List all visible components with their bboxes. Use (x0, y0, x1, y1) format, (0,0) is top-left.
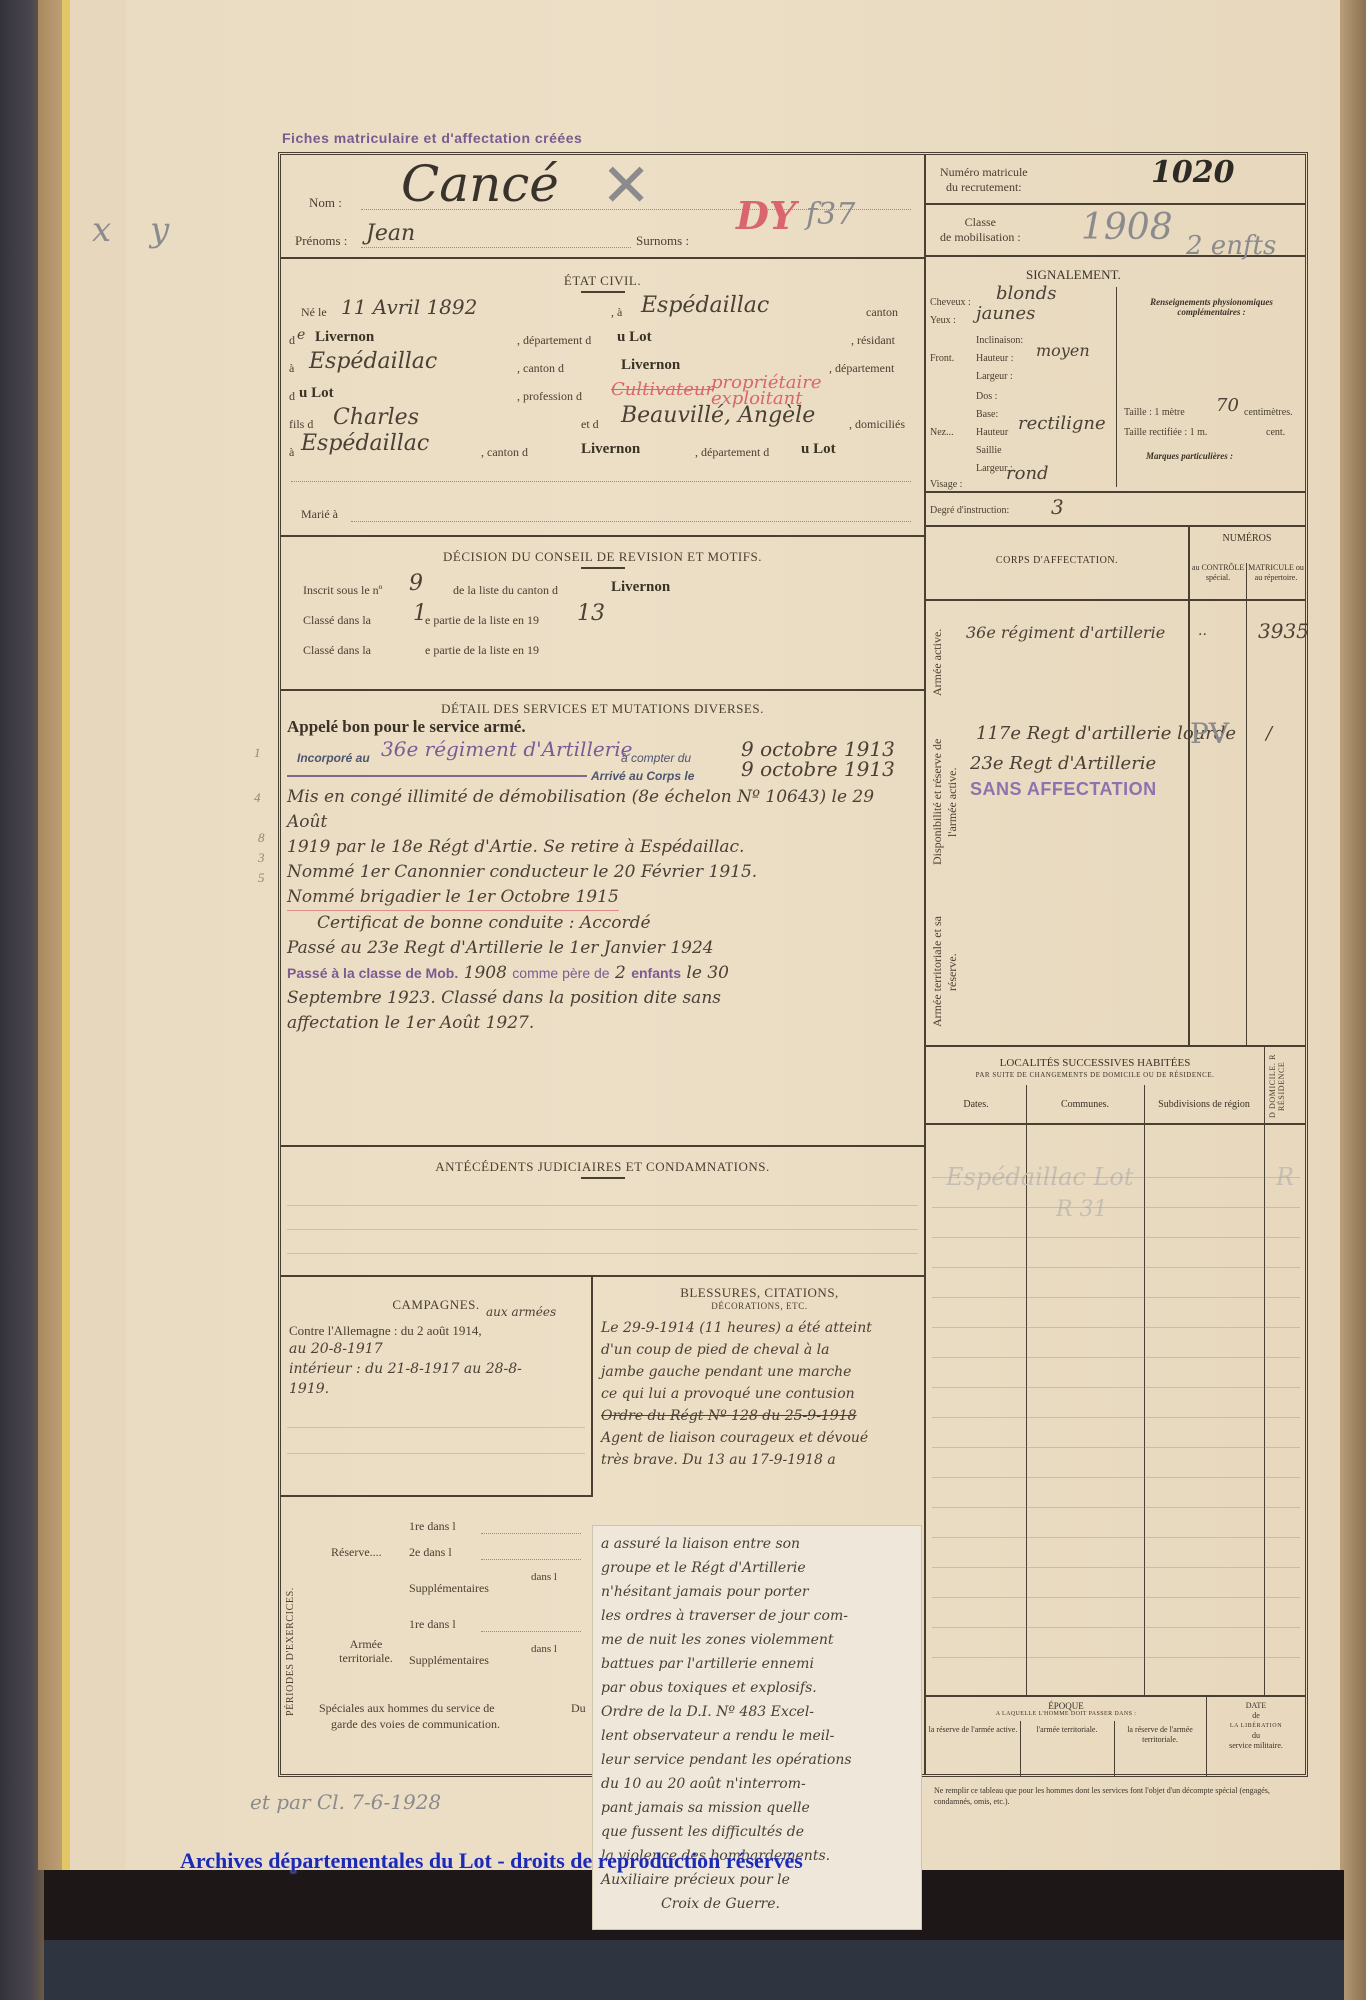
decision-section: DÉCISION DU CONSEIL DE REVISION ET MOTIF… (281, 537, 924, 691)
margin-number: 4 (254, 790, 261, 806)
liste-canton-label: de la liste du canton d (453, 583, 558, 598)
classe-label-2: de mobilisation : (940, 230, 1021, 245)
corps-affectation-section: CORPS D'AFFECTATION. NUMÉROS au CONTRÔLE… (926, 527, 1306, 1047)
birth-date: 11 Avril 1892 (341, 295, 477, 319)
sans-affectation-stamp: SANS AFFECTATION (970, 779, 1157, 800)
front-inclinaison-label: Inclinaison: (976, 335, 1023, 346)
territoriale-label: Armée territoriale. (331, 1637, 401, 1665)
corps-title: CORPS D'AFFECTATION. (926, 555, 1188, 566)
marques-label: Marques particulières : (1146, 451, 1233, 461)
speciales-du: Du (571, 1701, 586, 1716)
matricule-disponibilite: / (1266, 723, 1272, 744)
blessure-line: ce qui lui a provoqué une contusion (601, 1383, 872, 1405)
campagnes-line2: au 20-8-1917 (289, 1341, 383, 1357)
date-liberation-label: LA LIBÉRATION (1208, 1721, 1304, 1731)
date-title: DATE (1208, 1701, 1304, 1711)
profession-label: , profession d (517, 389, 582, 404)
speciales-line2: garde des voies de communication. (331, 1717, 500, 1732)
blessure-line: jambe gauche pendant une marche (601, 1361, 872, 1383)
numeros-title: NUMÉROS (1188, 533, 1306, 544)
front-hauteur-value: moyen (1036, 341, 1090, 360)
residant-label: , résidant (851, 333, 895, 348)
incorpore-value: 36e régiment d'Artillerie (381, 737, 632, 761)
attachment-line: par obus toxiques et explosifs. (601, 1676, 852, 1700)
annotation-red: DY (736, 193, 796, 238)
incorpore-label: Incorporé au (297, 751, 370, 765)
col-subdivisions: Subdivisions de région (1144, 1099, 1264, 1110)
service-line: 1919 par le 18e Régt d'Artie. Se retire … (287, 835, 917, 860)
territoriale-supp: Supplémentaires (409, 1653, 489, 1668)
col-controle: au CONTRÔLE spécial. (1190, 563, 1246, 583)
pere-de-value: 2 (615, 963, 626, 983)
annotation-gray: f37 (806, 197, 855, 232)
yeux-value: jaunes (976, 303, 1035, 324)
nez-saillie-label: Saillie (976, 445, 1002, 456)
services-section: DÉTAIL DES SERVICES ET MUTATIONS DIVERSE… (281, 691, 924, 1147)
pere-de-label: comme père de (512, 965, 609, 981)
attachment-line: leur service pendant les opérations (601, 1748, 852, 1772)
epoque-note: Ne remplir ce tableau que pour les homme… (934, 1785, 1304, 1807)
attachment-line: du 10 au 20 août n'interrom- (601, 1772, 852, 1796)
blessure-line: Ordre du Régt Nº 128 du 25-9-1918 (601, 1405, 872, 1427)
nez-value: rectiligne (1018, 413, 1106, 434)
blessures-title: BLESSURES, CITATIONS, (593, 1285, 926, 1301)
domicile-dept-label: , département d (695, 445, 769, 460)
attachment-line: les ordres à traverser de jour com- (601, 1604, 852, 1628)
mother-name: Beauvillé, Angèle (621, 403, 815, 428)
controle-disponibilite: PV (1190, 717, 1229, 750)
decision-title: DÉCISION DU CONSEIL DE REVISION ET MOTIF… (281, 549, 924, 565)
liste-canton-value: Livernon (611, 579, 670, 596)
service-line: affectation le 1er Août 1927. (287, 1011, 917, 1036)
service-line: Mis en congé illimité de démobilisation … (287, 785, 917, 835)
classe-section: Classe de mobilisation : 1908 2 enfts (926, 205, 1306, 257)
blessures-section: BLESSURES, CITATIONS, DÉCORATIONS, ETC. … (591, 1277, 926, 1497)
classe2-label: Classé dans la (303, 643, 371, 658)
nez-label: Nez... (930, 427, 954, 438)
passe-classe-value: 1908 (464, 963, 507, 983)
speciales-line1: Spéciales aux hommes du service de (319, 1701, 495, 1716)
epoque-title: ÉPOQUE (926, 1701, 1206, 1711)
domicile-prefix: à (289, 445, 294, 460)
degre-label: Degré d'instruction: (930, 505, 1009, 516)
antecedents-section: ANTÉCÉDENTS JUDICIAIRES ET CONDAMNATIONS… (281, 1147, 924, 1277)
reserve-1: 1re dans l (409, 1519, 456, 1534)
classe1-label: Classé dans la (303, 613, 371, 628)
matricule-active: 3935 (1258, 619, 1309, 643)
service-line: Passé au 23e Regt d'Artillerie le 1er Ja… (287, 936, 917, 961)
inscrit-label: Inscrit sous le nº (303, 583, 382, 598)
periodes-title: PÉRIODES D'EXERCICES. (285, 1567, 296, 1737)
margin-mark-x: x (92, 210, 111, 250)
blessure-line: d'un coup de pied de cheval à la (601, 1339, 872, 1361)
prenoms-label: Prénoms : (295, 233, 347, 249)
domicile-value: Espédaillac (301, 431, 429, 456)
matricule-label-2: du recrutement: (940, 180, 1028, 195)
reserve-label: Réserve.... (331, 1545, 382, 1560)
right-column: Numéro matricule du recrutement: 1020 Cl… (926, 155, 1306, 1774)
epoque-subtitle: A LAQUELLE L'HOMME DOIT PASSER DANS : (926, 1711, 1206, 1717)
domicile-canton: Livernon (581, 441, 640, 458)
father-name: Charles (333, 405, 419, 430)
attachment-line: pant jamais sa mission quelle (601, 1796, 852, 1820)
epoque-col3: la réserve de l'armée territoriale. (1114, 1725, 1206, 1745)
service-line: Septembre 1923. Classé dans la position … (287, 986, 917, 1011)
periodes-section: PÉRIODES D'EXERCICES. Réserve.... 1re da… (281, 1497, 591, 1777)
localites-section: LOCALITÉS SUCCESSIVES HABITÉES PAR SUITE… (926, 1047, 1306, 1697)
corps-active: 36e régiment d'artillerie (966, 623, 1165, 642)
matricule-section: Numéro matricule du recrutement: 1020 (926, 155, 1306, 205)
date-liberation: DATE de LA LIBÉRATION du service militai… (1208, 1701, 1304, 1751)
campagnes-line1: Contre l'Allemagne : du 2 août 1914, (289, 1323, 482, 1339)
arrive-label: Arrivé au Corps le (591, 769, 694, 783)
attachment-line: me de nuit les zones violemment (601, 1628, 852, 1652)
blessures-subtitle: DÉCORATIONS, ETC. (593, 1301, 926, 1311)
attachment-line: groupe et le Régt d'Artillerie (601, 1556, 852, 1580)
col-communes: Communes. (1026, 1099, 1144, 1110)
domicilies-label: , domiciliés (849, 417, 905, 432)
margin-number: 1 (254, 745, 261, 761)
blessure-line: Le 29-9-1914 (11 heures) a été atteint (601, 1317, 872, 1339)
classe-value: 1908 (1081, 207, 1173, 248)
blessure-line: très brave. Du 13 au 17-9-1918 a (601, 1449, 872, 1471)
localites-title: LOCALITÉS SUCCESSIVES HABITÉES (926, 1057, 1264, 1069)
binding-stripe (62, 0, 70, 1870)
service-line: Certificat de bonne conduite : Accordé (287, 911, 917, 936)
residence-canton: Livernon (621, 357, 680, 374)
attachment-line: que fussent les difficultés de (601, 1820, 852, 1844)
a-label: , à (611, 305, 622, 320)
passe-classe-line: Passé à la classe de Mob. 1908 comme pèr… (287, 961, 917, 986)
taille-rectifiee-unit: cent. (1266, 427, 1285, 438)
classe1-year: 13 (577, 601, 605, 626)
matricule-label: Numéro matricule du recrutement: (940, 165, 1028, 195)
et-de-label: et d (581, 417, 599, 432)
residence-canton-label: , canton d (517, 361, 564, 376)
inscrit-value: 9 (409, 571, 423, 596)
nom-label: Nom : (309, 195, 342, 211)
domicile-dept: u Lot (801, 441, 836, 458)
col-domicile-residence: D DOMICILE. R RÉSIDENCE (1268, 1051, 1286, 1121)
date-du: du (1208, 1731, 1304, 1741)
residence-dept-prefix: d (289, 389, 295, 404)
cross-mark: ✕ (601, 151, 651, 221)
matricule-value: 1020 (1151, 155, 1235, 190)
birth-departement: u Lot (617, 329, 652, 346)
blessures-lines: Le 29-9-1914 (11 heures) a été atteint d… (601, 1317, 872, 1471)
classe1-partie: e partie de la liste en 19 (425, 613, 539, 628)
signalement-section: SIGNALEMENT. Cheveux : blonds Yeux : jau… (926, 257, 1306, 493)
reserve-2: 2e dans l (409, 1545, 452, 1560)
visage-label: Visage : (930, 479, 962, 490)
reserve-supp-dans: dans l (531, 1571, 557, 1583)
bottom-margin-note: et par Cl. 7-6-1928 (250, 1790, 441, 1814)
etat-civil-title: ÉTAT CIVIL. (281, 273, 924, 289)
taille-rectifiee-label: Taille rectifiée : 1 m. (1124, 427, 1207, 438)
col-matricule: MATRICULE ou au répertoire. (1248, 563, 1304, 583)
degre-value: 3 (1051, 495, 1064, 519)
controle-active: .. (1198, 623, 1207, 639)
margin-number: 8 (258, 830, 265, 846)
campagnes-line3: intérieur : du 21-8-1917 au 28-8- (289, 1361, 522, 1377)
campagnes-note: aux armées (486, 1305, 556, 1319)
birth-place: Espédaillac (641, 293, 769, 318)
header-stamp: Fiches matriculaire et d'affectation cré… (282, 130, 582, 146)
ne-le-label: Né le (301, 305, 327, 320)
yeux-label: Yeux : (930, 315, 956, 326)
front-hauteur-label: Hauteur : (976, 353, 1014, 364)
col-dates: Dates. (926, 1099, 1026, 1110)
matricule-label-1: Numéro matricule (940, 165, 1028, 180)
campagnes-section: CAMPAGNES. aux armées Contre l'Allemagne… (281, 1277, 591, 1497)
marie-label: Marié à (301, 507, 338, 522)
passe-date: le 30 (686, 963, 729, 983)
residence-departement-label: , département (829, 361, 894, 376)
attachment-line: battues par l'artillerie ennemi (601, 1652, 852, 1676)
residence-dept: u Lot (299, 385, 334, 402)
etat-civil-section: ÉTAT CIVIL. Né le 11 Avril 1892 , à Espé… (281, 259, 924, 537)
taille-label: Taille : 1 mètre (1124, 407, 1185, 418)
attachment-line: n'hésitant jamais pour porter (601, 1580, 852, 1604)
epoque-col1: la réserve de l'armée active. (926, 1725, 1020, 1735)
front-largeur-label: Largeur : (976, 371, 1013, 382)
visage-value: rond (1006, 463, 1049, 484)
service-line: Nommé 1er Canonnier conducteur le 20 Fév… (287, 860, 917, 885)
enfants-label: enfants (631, 965, 681, 981)
category-territoriale: Armée territoriale et sa réserve. (930, 907, 966, 1037)
campagnes-line4: 1919. (289, 1381, 329, 1397)
surnoms-label: Surnoms : (636, 233, 689, 249)
front-label: Front. (930, 353, 954, 364)
epoque-col2: l'armée territoriale. (1020, 1725, 1114, 1735)
category-disponibilite: Disponibilité et réserve de l'armée acti… (930, 727, 966, 877)
territoriale-supp-dans: dans l (531, 1643, 557, 1655)
territoriale-1: 1re dans l (409, 1617, 456, 1632)
scan-background-blue (44, 1940, 1344, 2000)
degre-section: Degré d'instruction: 3 (926, 493, 1306, 527)
taille-value: 70 (1216, 395, 1239, 416)
nez-base-label: Base: (976, 409, 998, 420)
passe-classe-label: Passé à la classe de Mob. (287, 965, 458, 981)
antecedents-title: ANTÉCÉDENTS JUDICIAIRES ET CONDAMNATIONS… (281, 1159, 924, 1175)
fils-de-label: fils d (289, 417, 313, 432)
residence-prefix: à (289, 361, 294, 376)
attachment-line: Croix de Guerre. (601, 1892, 852, 1916)
epoque-section: ÉPOQUE A LAQUELLE L'HOMME DOIT PASSER DA… (926, 1697, 1306, 1777)
attachment-line: lent observateur a rendu le meil- (601, 1724, 852, 1748)
services-lines: Mis en congé illimité de démobilisation … (287, 785, 917, 1036)
cheveux-label: Cheveux : (930, 297, 971, 308)
faded-entry-2: R 31 (1056, 1197, 1108, 1222)
renseignements-title: Renseignements physionomiques complément… (1124, 297, 1299, 317)
date-de: de (1208, 1711, 1304, 1721)
arrive-value: 9 octobre 1913 (741, 757, 895, 781)
appele-label: Appelé bon pour le service armé. (287, 717, 526, 737)
classe-label: Classe de mobilisation : (940, 215, 1021, 245)
corps-disponibilite-2: 23e Regt d'Artillerie (970, 753, 1156, 774)
canton-label: canton (866, 305, 898, 320)
date-service: service militaire. (1208, 1741, 1304, 1751)
classe2-partie: e partie de la liste en 19 (425, 643, 539, 658)
prenoms-value: Jean (366, 221, 415, 246)
residence-value: Espédaillac (309, 349, 437, 374)
category-active: Armée active. (930, 607, 966, 717)
canton-prefix: d (289, 333, 295, 348)
nez-hauteur-label: Hauteur (976, 427, 1008, 438)
cheveux-value: blonds (996, 283, 1056, 304)
profession-struck: Cultivateur (611, 379, 714, 400)
page-stack-edge (1340, 0, 1366, 2000)
margin-mark-y: y (150, 210, 169, 250)
taille-unit: centimètres. (1244, 407, 1293, 418)
service-line: Nommé brigadier le 1er Octobre 1915 (287, 885, 619, 911)
domicile-canton-label: , canton d (481, 445, 528, 460)
localites-subtitle: PAR SUITE DE CHANGEMENTS DE DOMICILE OU … (926, 1071, 1264, 1079)
classe-label-1: Classe (940, 215, 1021, 230)
attachment-line: Ordre de la D.I. Nº 483 Excel- (601, 1700, 852, 1724)
margin-number: 3 (258, 850, 265, 866)
nez-dos-label: Dos : (976, 391, 997, 402)
margin-number: 5 (258, 870, 265, 886)
signalement-title: SIGNALEMENT. (1026, 267, 1121, 283)
departement-label: , département d (517, 333, 591, 348)
nom-value: Cancé (401, 155, 559, 213)
birth-canton: Livernon (315, 329, 374, 346)
archives-watermark: Archives départementales du Lot - droits… (180, 1848, 803, 1874)
identity-section: Nom : Cancé ✕ Prénoms : Jean Surnoms : D… (281, 155, 924, 259)
compter-label: à compter du (621, 751, 691, 765)
attachment-line: a assuré la liaison entre son (601, 1532, 852, 1556)
reserve-supp: Supplémentaires (409, 1581, 489, 1596)
services-title: DÉTAIL DES SERVICES ET MUTATIONS DIVERSE… (281, 701, 924, 717)
blessure-line: Agent de liaison courageux et dévoué (601, 1427, 872, 1449)
